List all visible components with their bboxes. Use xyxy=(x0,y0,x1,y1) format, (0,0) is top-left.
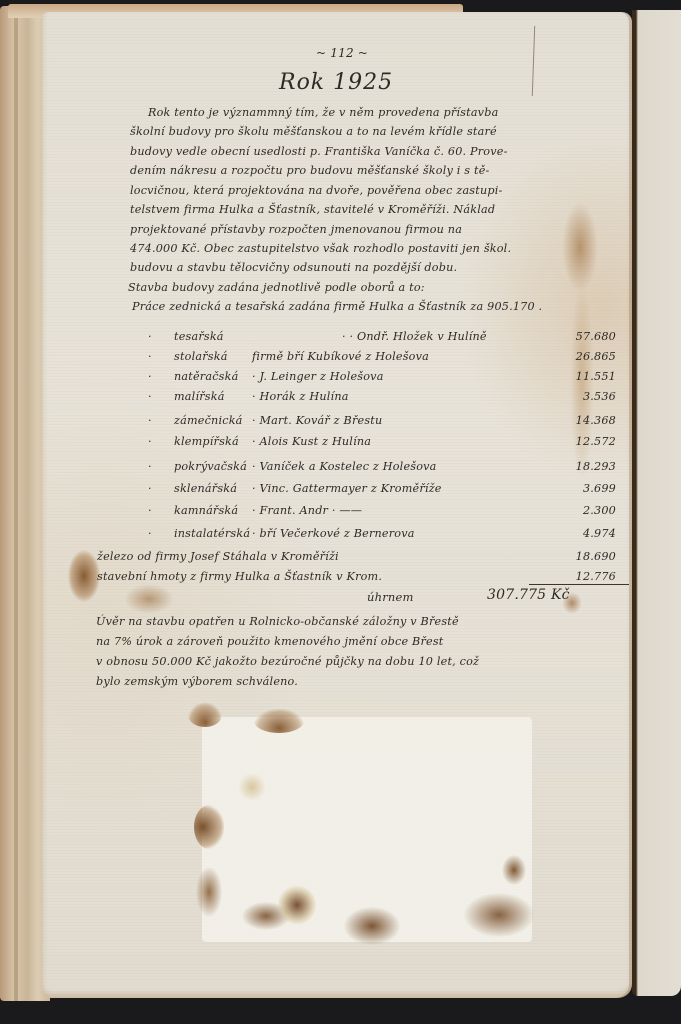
ditto-mark: · xyxy=(148,504,152,517)
firm-name: · J. Leinger z Holešova xyxy=(252,370,384,383)
ledger-row: · kamnářská · Frant. Andr · —— 2.300 xyxy=(142,504,622,524)
text-line: na 7% úrok a zároveň použito kmenového j… xyxy=(96,632,444,651)
ledger-row: · tesařská · · Ondř. Hložek v Hulíně 57.… xyxy=(142,330,622,350)
amount: 18.293 xyxy=(576,460,616,473)
ditto-mark: · xyxy=(148,482,152,495)
text-line: telstvem firma Hulka a Šťastník, stavite… xyxy=(130,200,495,219)
firm-name: · bří Večerkové z Bernerova xyxy=(252,527,415,540)
text-line: locvičnou, která projektována na dvoře, … xyxy=(130,181,502,200)
ledger-row: · sklenářská · Vinc. Gattermayer z Kromě… xyxy=(142,482,622,502)
ledger-row: · natěračská · J. Leinger z Holešova 11.… xyxy=(142,370,622,390)
ditto-mark: · xyxy=(148,330,152,343)
text-line: projektované přístavby rozpočten jmenova… xyxy=(130,220,462,239)
manuscript-page: ~ 112 ~ Rok 1925 Rok tento je význammný … xyxy=(42,12,632,998)
ditto-mark: · xyxy=(148,460,152,473)
amount: 26.865 xyxy=(576,350,616,363)
year-title: Rok 1925 xyxy=(279,70,393,95)
total-amount: 307.775 Kč xyxy=(487,587,570,603)
trade-label: klempířská xyxy=(174,435,239,448)
stain xyxy=(254,709,304,733)
trade-label: malířská xyxy=(174,390,225,403)
total-label: úhrnem xyxy=(367,590,414,604)
trade-label: instalatérská xyxy=(174,527,250,540)
trade-label: tesařská xyxy=(174,330,224,343)
amount: 57.680 xyxy=(576,330,616,343)
text-line: Úvěr na stavbu opatřen u Rolnicko-občans… xyxy=(96,612,459,631)
paper-patch xyxy=(202,717,532,942)
stain xyxy=(196,867,222,917)
firm-name: · Vaníček a Kostelec z Holešova xyxy=(252,460,437,473)
firm-name: · Frant. Andr · —— xyxy=(252,504,362,517)
amount: 11.551 xyxy=(576,370,616,383)
stain xyxy=(502,855,526,885)
text-line: bylo zemským výborem schváleno. xyxy=(96,672,298,691)
amount: 18.690 xyxy=(576,550,616,563)
ledger-row: · malířská · Horák z Hulína 3.536 xyxy=(142,390,622,410)
amount: 3.536 xyxy=(583,390,616,403)
trade-label: pokrývačská xyxy=(174,460,247,473)
page-number: ~ 112 ~ xyxy=(316,46,368,60)
trade-label: kamnářská xyxy=(174,504,238,517)
text-line: 474.000 Kč. Obec zastupitelstvo však roz… xyxy=(130,239,511,258)
ledger-row-materials: železo od firmy Josef Stáhala v Kroměříž… xyxy=(97,550,622,570)
ledger-row: · klempířská · Alois Kust z Hulína 12.57… xyxy=(142,435,622,455)
ledger-row: · pokrývačská · Vaníček a Kostelec z Hol… xyxy=(142,460,622,480)
trade-label: zámečnická xyxy=(174,414,243,427)
ditto-mark: · xyxy=(148,435,152,448)
item-label: železo od firmy Josef Stáhala v Kroměříž… xyxy=(97,550,339,563)
trade-label: stolařská xyxy=(174,350,228,363)
sum-rule xyxy=(529,584,629,585)
text-line: Rok tento je význammný tím, že v něm pro… xyxy=(148,103,498,122)
ditto-mark: · xyxy=(148,390,152,403)
firm-name: · Vinc. Gattermayer z Kroměříže xyxy=(252,482,442,495)
text-line: budovu a stavbu tělocvičny odsunouti na … xyxy=(130,258,457,277)
firm-name: firmě bří Kubíkové z Holešova xyxy=(252,350,429,363)
stain xyxy=(278,885,316,925)
stain xyxy=(188,703,222,727)
pencil-mark xyxy=(532,26,535,96)
stain xyxy=(344,907,400,945)
ledger-row: · instalatérská · bří Večerkové z Berner… xyxy=(142,527,622,547)
ledger-row: · zámečnická · Mart. Kovář z Břestu 14.3… xyxy=(142,414,622,434)
text-line: v obnosu 50.000 Kč jakožto bezúročné půj… xyxy=(96,652,479,671)
stain xyxy=(464,893,534,937)
amount: 12.776 xyxy=(576,570,616,583)
text-line: školní budovy pro školu měšťanskou a to … xyxy=(130,122,497,141)
ditto-mark: · xyxy=(148,527,152,540)
text-line: dením nákresu a rozpočtu pro budovu měšť… xyxy=(130,161,490,180)
stain xyxy=(562,202,598,292)
trade-label: natěračská xyxy=(174,370,238,383)
trade-label: sklenářská xyxy=(174,482,237,495)
text-line: Práce zednická a tesařská zadána firmě H… xyxy=(132,297,542,316)
stain xyxy=(68,550,100,602)
firm-name: · Horák z Hulína xyxy=(252,390,349,403)
firm-name: · Mart. Kovář z Břestu xyxy=(252,414,382,427)
text-line: budovy vedle obecní usedlosti p. Františ… xyxy=(130,142,508,161)
ditto-mark: · xyxy=(148,370,152,383)
amount: 2.300 xyxy=(583,504,616,517)
stain xyxy=(194,805,224,849)
next-page-edge xyxy=(632,10,681,996)
text-line: Stavba budovy zadána jednotlivě podle ob… xyxy=(128,278,425,297)
amount: 4.974 xyxy=(583,527,616,540)
firm-name: · Alois Kust z Hulína xyxy=(252,435,371,448)
item-label: stavební hmoty z firmy Hulka a Šťastník … xyxy=(97,570,382,583)
amount: 12.572 xyxy=(576,435,616,448)
ledger-row: · stolařská firmě bří Kubíkové z Holešov… xyxy=(142,350,622,370)
ditto-mark: · xyxy=(148,350,152,363)
amount: 3.699 xyxy=(583,482,616,495)
firm-name: · · Ondř. Hložek v Hulíně xyxy=(342,330,487,343)
amount: 14.368 xyxy=(576,414,616,427)
stain xyxy=(238,773,266,801)
ditto-mark: · xyxy=(148,414,152,427)
